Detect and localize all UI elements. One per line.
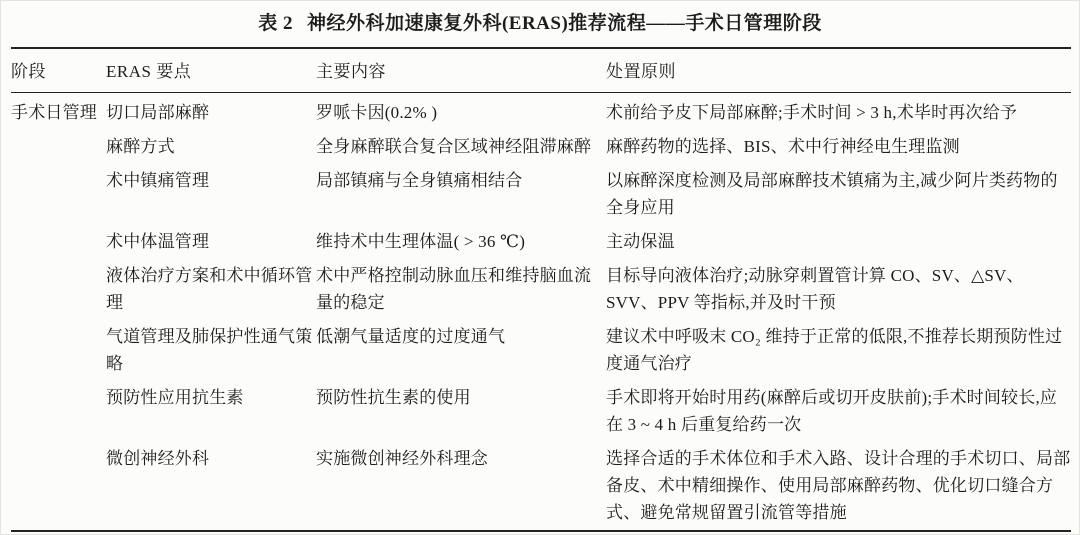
table-number-label: 表 2: [258, 13, 293, 34]
table-row: 术中镇痛管理局部镇痛与全身镇痛相结合以麻醉深度检测及局部麻醉技术镇痛为主,减少阿…: [11, 164, 1071, 225]
column-header-stage: 阶段: [11, 48, 106, 93]
table-row: 气道管理及肺保护性通气策略低潮气量适度的过度通气建议术中呼吸末 CO₂ 维持于正…: [11, 320, 1071, 381]
table-row: 术中体温管理维持术中生理体温( > 36 ℃)主动保温: [11, 225, 1071, 259]
table-row: 麻醉方式全身麻醉联合复合区域神经阻滞麻醉麻醉药物的选择、BIS、术中行神经电生理…: [11, 130, 1071, 164]
table-row: 微创神经外科实施微创神经外科理念选择合适的手术体位和手术入路、设计合理的手术切口…: [11, 442, 1071, 531]
table-body: 手术日管理切口局部麻醉罗哌卡因(0.2% )术前给予皮下局部麻醉;手术时间 > …: [11, 93, 1071, 532]
table-row: 液体治疗方案和术中循环管理术中严格控制动脉血压和维持脑血流量的稳定目标导向液体治…: [11, 259, 1071, 320]
content-cell: 罗哌卡因(0.2% ): [316, 93, 606, 131]
principle-cell: 建议术中呼吸末 CO₂ 维持于正常的低限,不推荐长期预防性过度通气治疗: [606, 320, 1071, 381]
point-cell: 气道管理及肺保护性通气策略: [106, 320, 316, 381]
point-cell: 预防性应用抗生素: [106, 381, 316, 442]
eras-table: 阶段 ERAS 要点 主要内容 处置原则 手术日管理切口局部麻醉罗哌卡因(0.2…: [11, 47, 1071, 532]
stage-cell: 手术日管理: [11, 93, 106, 532]
point-cell: 术中体温管理: [106, 225, 316, 259]
point-cell: 微创神经外科: [106, 442, 316, 531]
content-cell: 低潮气量适度的过度通气: [316, 320, 606, 381]
principle-cell: 选择合适的手术体位和手术入路、设计合理的手术切口、局部备皮、术中精细操作、使用局…: [606, 442, 1071, 531]
point-cell: 术中镇痛管理: [106, 164, 316, 225]
content-cell: 预防性抗生素的使用: [316, 381, 606, 442]
column-header-principle: 处置原则: [606, 48, 1071, 93]
scanned-table-page: 表 2神经外科加速康复外科(ERAS)推荐流程——手术日管理阶段 阶段 ERAS…: [0, 0, 1080, 535]
table-row: 手术日管理切口局部麻醉罗哌卡因(0.2% )术前给予皮下局部麻醉;手术时间 > …: [11, 93, 1071, 131]
principle-cell: 主动保温: [606, 225, 1071, 259]
point-cell: 切口局部麻醉: [106, 93, 316, 131]
column-header-content: 主要内容: [316, 48, 606, 93]
principle-cell: 术前给予皮下局部麻醉;手术时间 > 3 h,术毕时再次给予: [606, 93, 1071, 131]
column-header-point: ERAS 要点: [106, 48, 316, 93]
content-cell: 术中严格控制动脉血压和维持脑血流量的稳定: [316, 259, 606, 320]
point-cell: 液体治疗方案和术中循环管理: [106, 259, 316, 320]
table-row: 预防性应用抗生素预防性抗生素的使用手术即将开始时用药(麻醉后或切开皮肤前);手术…: [11, 381, 1071, 442]
point-cell: 麻醉方式: [106, 130, 316, 164]
principle-cell: 麻醉药物的选择、BIS、术中行神经电生理监测: [606, 130, 1071, 164]
table-header: 阶段 ERAS 要点 主要内容 处置原则: [11, 48, 1071, 93]
content-cell: 局部镇痛与全身镇痛相结合: [316, 164, 606, 225]
principle-cell: 以麻醉深度检测及局部麻醉技术镇痛为主,减少阿片类药物的全身应用: [606, 164, 1071, 225]
principle-cell: 目标导向液体治疗;动脉穿刺置管计算 CO、SV、△SV、SVV、PPV 等指标,…: [606, 259, 1071, 320]
content-cell: 维持术中生理体温( > 36 ℃): [316, 225, 606, 259]
content-cell: 全身麻醉联合复合区域神经阻滞麻醉: [316, 130, 606, 164]
content-cell: 实施微创神经外科理念: [316, 442, 606, 531]
table-title: 表 2神经外科加速康复外科(ERAS)推荐流程——手术日管理阶段: [11, 11, 1069, 37]
principle-cell: 手术即将开始时用药(麻醉后或切开皮肤前);手术时间较长,应在 3 ~ 4 h 后…: [606, 381, 1071, 442]
table-title-text: 神经外科加速康复外科(ERAS)推荐流程——手术日管理阶段: [307, 13, 822, 34]
